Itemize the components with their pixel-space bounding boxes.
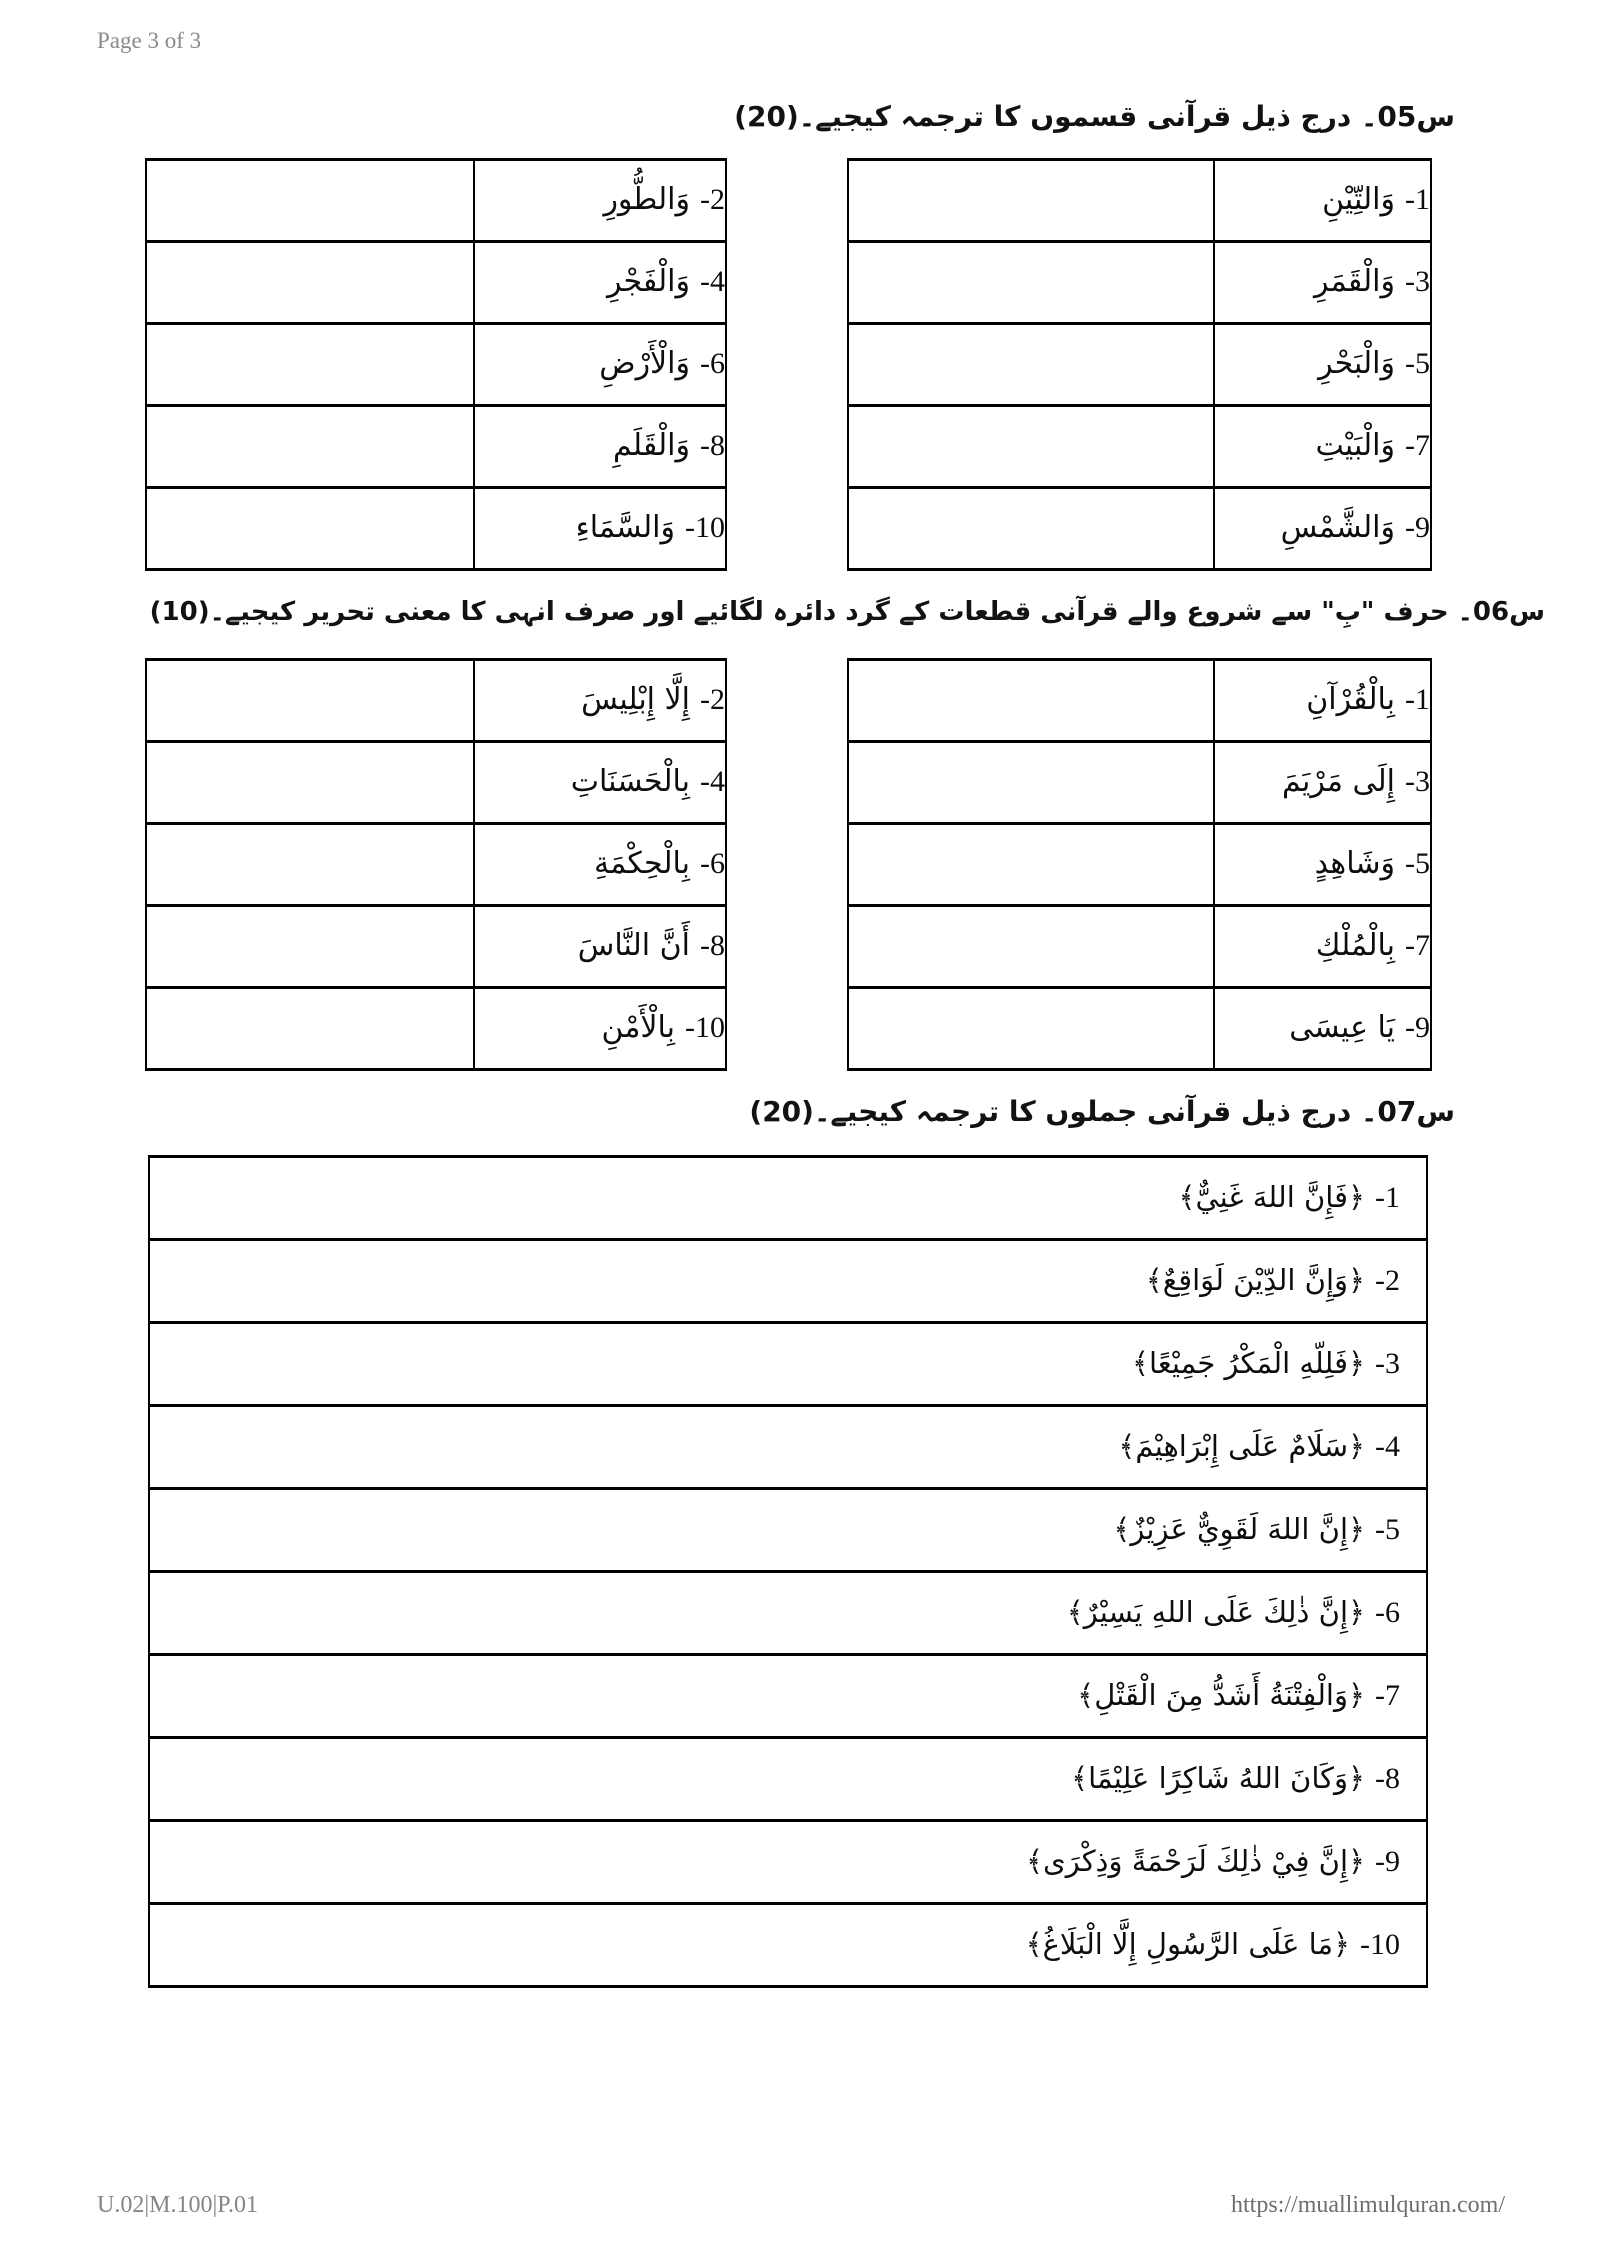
item-text: ﴿فَلِلّهِ الْمَكْرُ جَمِيْعًا﴾ xyxy=(1132,1346,1365,1380)
item-number: 7- xyxy=(1405,929,1430,962)
item-text: وَالْأَرْضِ xyxy=(599,346,690,381)
answer-cell xyxy=(848,242,1214,324)
answer-cell xyxy=(848,824,1214,906)
table-row: 2-وَالطُّورِ xyxy=(146,160,726,242)
item-text: يَا عِيسَى xyxy=(1289,1010,1395,1045)
item-number: 7- xyxy=(1405,429,1430,462)
answer-cell xyxy=(848,160,1214,242)
item-text: بِالْحِكْمَةِ xyxy=(594,846,690,881)
q6-tables: 1-بِالْقُرْآنِ 3-إِلَى مَرْيَمَ 5-وَشَاه… xyxy=(145,658,1432,1071)
prompt-cell: 10-بِالْأَمْنِ xyxy=(474,988,726,1070)
item-number: 4- xyxy=(1375,1430,1400,1463)
item-number: 5- xyxy=(1405,847,1430,880)
answer-cell xyxy=(146,160,474,242)
table-row: 6-﴿إِنَّ ذٰلِكَ عَلَى اللهِ يَسِيْرٌ﴾ xyxy=(149,1572,1427,1655)
table-row: 1-وَالتِّيْنِ xyxy=(848,160,1431,242)
question-7-heading: س07۔ درج ذیل قرآنی جملوں کا ترجمہ کیجیے۔… xyxy=(0,1091,1455,1133)
table-row: 7-وَالْبَيْتِ xyxy=(848,406,1431,488)
item-text: بِالْقُرْآنِ xyxy=(1306,682,1395,717)
prompt-cell: 2-وَالطُّورِ xyxy=(474,160,726,242)
sentence-cell: 6-﴿إِنَّ ذٰلِكَ عَلَى اللهِ يَسِيْرٌ﴾ xyxy=(149,1572,1427,1655)
table-row: 3-﴿فَلِلّهِ الْمَكْرُ جَمِيْعًا﴾ xyxy=(149,1323,1427,1406)
table-row: 2-إِلَّا إِبْلِيسَ xyxy=(146,660,726,742)
answer-cell xyxy=(146,488,474,570)
sentence-cell: 4-﴿سَلَامٌ عَلَى إِبْرَاهِيْمَ﴾ xyxy=(149,1406,1427,1489)
sentence-cell: 10-﴿مَا عَلَى الرَّسُولِ إِلَّا الْبَلَا… xyxy=(149,1904,1427,1987)
answer-cell xyxy=(848,406,1214,488)
sentence-cell: 3-﴿فَلِلّهِ الْمَكْرُ جَمِيْعًا﴾ xyxy=(149,1323,1427,1406)
table-row: 9-يَا عِيسَى xyxy=(848,988,1431,1070)
item-number: 6- xyxy=(700,347,725,380)
prompt-cell: 1-وَالتِّيْنِ xyxy=(1214,160,1431,242)
item-text: وَالْبَحْرِ xyxy=(1318,346,1395,381)
item-number: 6- xyxy=(700,847,725,880)
item-number: 7- xyxy=(1375,1679,1400,1712)
q6-table-odd: 1-بِالْقُرْآنِ 3-إِلَى مَرْيَمَ 5-وَشَاه… xyxy=(847,658,1432,1071)
q7-table: 1-﴿فَإِنَّ اللهَ غَنِيٌّ﴾ 2-﴿وَإِنَّ الد… xyxy=(148,1155,1428,1988)
prompt-cell: 8-وَالْقَلَمِ xyxy=(474,406,726,488)
item-number: 4- xyxy=(700,765,725,798)
table-row: 5-وَشَاهِدٍ xyxy=(848,824,1431,906)
item-number: 8- xyxy=(1375,1762,1400,1795)
item-text: أَنَّ النَّاسَ xyxy=(578,928,690,963)
item-text: وَالسَّمَاءِ xyxy=(576,510,675,545)
item-number: 1- xyxy=(1405,683,1430,716)
item-text: ﴿إِنَّ اللهَ لَقَوِيٌّ عَزِيْزٌ﴾ xyxy=(1113,1512,1365,1546)
prompt-cell: 3-إِلَى مَرْيَمَ xyxy=(1214,742,1431,824)
table-row: 10-بِالْأَمْنِ xyxy=(146,988,726,1070)
table-row: 9-وَالشَّمْسِ xyxy=(848,488,1431,570)
table-row: 9-﴿إِنَّ فِيْ ذٰلِكَ لَرَحْمَةً وَذِكْرَ… xyxy=(149,1821,1427,1904)
item-number: 2- xyxy=(700,183,725,216)
answer-cell xyxy=(146,906,474,988)
table-row: 7-﴿وَالْفِتْنَةُ أَشَدُّ مِنَ الْقَتْلِ﴾ xyxy=(149,1655,1427,1738)
item-text: ﴿وَإِنَّ الدِّيْنَ لَوَاقِعٌ﴾ xyxy=(1146,1263,1365,1297)
item-number: 2- xyxy=(700,683,725,716)
table-row: 6-وَالْأَرْضِ xyxy=(146,324,726,406)
item-text: وَالْقَلَمِ xyxy=(613,428,690,463)
answer-cell xyxy=(146,406,474,488)
table-row: 6-بِالْحِكْمَةِ xyxy=(146,824,726,906)
table-row: 2-﴿وَإِنَّ الدِّيْنَ لَوَاقِعٌ﴾ xyxy=(149,1240,1427,1323)
table-row: 1-﴿فَإِنَّ اللهَ غَنِيٌّ﴾ xyxy=(149,1157,1427,1240)
item-text: وَالتِّيْنِ xyxy=(1322,182,1395,217)
prompt-cell: 2-إِلَّا إِبْلِيسَ xyxy=(474,660,726,742)
item-number: 10- xyxy=(685,1011,725,1044)
item-text: إِلَى مَرْيَمَ xyxy=(1282,764,1395,799)
answer-cell xyxy=(848,988,1214,1070)
item-number: 3- xyxy=(1405,265,1430,298)
prompt-cell: 4-بِالْحَسَنَاتِ xyxy=(474,742,726,824)
item-number: 1- xyxy=(1405,183,1430,216)
item-number: 9- xyxy=(1405,1011,1430,1044)
item-number: 10- xyxy=(685,511,725,544)
item-text: وَالْبَيْتِ xyxy=(1315,428,1395,463)
question-5-heading: س05۔ درج ذیل قرآنی قسموں کا ترجمہ کیجیے۔… xyxy=(0,96,1455,138)
item-number: 10- xyxy=(1360,1928,1400,1961)
item-text: وَالْفَجْرِ xyxy=(607,264,690,299)
prompt-cell: 10-وَالسَّمَاءِ xyxy=(474,488,726,570)
table-row: 1-بِالْقُرْآنِ xyxy=(848,660,1431,742)
item-text: إِلَّا إِبْلِيسَ xyxy=(581,682,690,717)
prompt-cell: 8-أَنَّ النَّاسَ xyxy=(474,906,726,988)
prompt-cell: 6-وَالْأَرْضِ xyxy=(474,324,726,406)
page-number: Page 3 of 3 xyxy=(0,0,1600,54)
prompt-cell: 9-وَالشَّمْسِ xyxy=(1214,488,1431,570)
prompt-cell: 4-وَالْفَجْرِ xyxy=(474,242,726,324)
table-row: 3-وَالْقَمَرِ xyxy=(848,242,1431,324)
prompt-cell: 6-بِالْحِكْمَةِ xyxy=(474,824,726,906)
item-number: 3- xyxy=(1375,1347,1400,1380)
table-row: 3-إِلَى مَرْيَمَ xyxy=(848,742,1431,824)
sentence-cell: 1-﴿فَإِنَّ اللهَ غَنِيٌّ﴾ xyxy=(149,1157,1427,1240)
item-text: بِالْمُلْكِ xyxy=(1316,928,1395,963)
item-text: ﴿وَكَانَ اللهُ شَاكِرًا عَلِيْمًا﴾ xyxy=(1071,1761,1365,1795)
answer-cell xyxy=(848,742,1214,824)
item-text: بِالْحَسَنَاتِ xyxy=(571,764,690,799)
table-row: 5-﴿إِنَّ اللهَ لَقَوِيٌّ عَزِيْزٌ﴾ xyxy=(149,1489,1427,1572)
table-row: 10-﴿مَا عَلَى الرَّسُولِ إِلَّا الْبَلَا… xyxy=(149,1904,1427,1987)
answer-cell xyxy=(146,742,474,824)
prompt-cell: 7-وَالْبَيْتِ xyxy=(1214,406,1431,488)
item-number: 3- xyxy=(1405,765,1430,798)
item-number: 5- xyxy=(1405,347,1430,380)
item-text: وَالْقَمَرِ xyxy=(1314,264,1395,299)
prompt-cell: 5-وَشَاهِدٍ xyxy=(1214,824,1431,906)
answer-cell xyxy=(146,660,474,742)
sentence-cell: 7-﴿وَالْفِتْنَةُ أَشَدُّ مِنَ الْقَتْلِ﴾ xyxy=(149,1655,1427,1738)
table-row: 5-وَالْبَحْرِ xyxy=(848,324,1431,406)
table-row: 7-بِالْمُلْكِ xyxy=(848,906,1431,988)
item-number: 1- xyxy=(1375,1181,1400,1214)
prompt-cell: 3-وَالْقَمَرِ xyxy=(1214,242,1431,324)
answer-cell xyxy=(848,488,1214,570)
prompt-cell: 5-وَالْبَحْرِ xyxy=(1214,324,1431,406)
item-text: وَالشَّمْسِ xyxy=(1281,510,1395,545)
table-row: 8-﴿وَكَانَ اللهُ شَاكِرًا عَلِيْمًا﴾ xyxy=(149,1738,1427,1821)
answer-cell xyxy=(848,906,1214,988)
q6-table-even: 2-إِلَّا إِبْلِيسَ 4-بِالْحَسَنَاتِ 6-بِ… xyxy=(145,658,727,1071)
footer-url: https://muallimulquran.com/ xyxy=(1231,2192,1505,2219)
item-number: 9- xyxy=(1405,511,1430,544)
answer-cell xyxy=(146,324,474,406)
answer-cell xyxy=(146,988,474,1070)
table-row: 10-وَالسَّمَاءِ xyxy=(146,488,726,570)
footer-code: U.02|M.100|P.01 xyxy=(97,2192,258,2219)
q5-tables: 1-وَالتِّيْنِ 3-وَالْقَمَرِ 5-وَالْبَحْر… xyxy=(145,158,1432,571)
answer-cell xyxy=(848,660,1214,742)
item-text: بِالْأَمْنِ xyxy=(601,1010,675,1045)
item-text: ﴿مَا عَلَى الرَّسُولِ إِلَّا الْبَلَاغُ﴾ xyxy=(1026,1927,1350,1961)
table-row: 4-وَالْفَجْرِ xyxy=(146,242,726,324)
sentence-cell: 8-﴿وَكَانَ اللهُ شَاكِرًا عَلِيْمًا﴾ xyxy=(149,1738,1427,1821)
item-number: 8- xyxy=(700,429,725,462)
q5-table-even: 2-وَالطُّورِ 4-وَالْفَجْرِ 6-وَالْأَرْضِ… xyxy=(145,158,727,571)
sentence-cell: 9-﴿إِنَّ فِيْ ذٰلِكَ لَرَحْمَةً وَذِكْرَ… xyxy=(149,1821,1427,1904)
sentence-cell: 2-﴿وَإِنَّ الدِّيْنَ لَوَاقِعٌ﴾ xyxy=(149,1240,1427,1323)
page-footer: U.02|M.100|P.01 https://muallimulquran.c… xyxy=(97,2192,1505,2219)
item-text: ﴿إِنَّ فِيْ ذٰلِكَ لَرَحْمَةً وَذِكْرَى﴾ xyxy=(1026,1844,1365,1878)
table-row: 8-أَنَّ النَّاسَ xyxy=(146,906,726,988)
exam-page: Page 3 of 3 س05۔ درج ذیل قرآنی قسموں کا … xyxy=(0,0,1600,2263)
table-row: 4-بِالْحَسَنَاتِ xyxy=(146,742,726,824)
table-row: 4-﴿سَلَامٌ عَلَى إِبْرَاهِيْمَ﴾ xyxy=(149,1406,1427,1489)
item-number: 9- xyxy=(1375,1845,1400,1878)
item-number: 2- xyxy=(1375,1264,1400,1297)
item-number: 8- xyxy=(700,929,725,962)
item-number: 5- xyxy=(1375,1513,1400,1546)
item-number: 4- xyxy=(700,265,725,298)
item-text: ﴿وَالْفِتْنَةُ أَشَدُّ مِنَ الْقَتْلِ﴾ xyxy=(1077,1678,1365,1712)
table-row: 8-وَالْقَلَمِ xyxy=(146,406,726,488)
item-number: 6- xyxy=(1375,1596,1400,1629)
answer-cell xyxy=(848,324,1214,406)
item-text: وَشَاهِدٍ xyxy=(1315,846,1395,881)
item-text: ﴿إِنَّ ذٰلِكَ عَلَى اللهِ يَسِيْرٌ﴾ xyxy=(1067,1595,1365,1629)
prompt-cell: 1-بِالْقُرْآنِ xyxy=(1214,660,1431,742)
sentence-cell: 5-﴿إِنَّ اللهَ لَقَوِيٌّ عَزِيْزٌ﴾ xyxy=(149,1489,1427,1572)
q5-table-odd: 1-وَالتِّيْنِ 3-وَالْقَمَرِ 5-وَالْبَحْر… xyxy=(847,158,1432,571)
item-text: ﴿سَلَامٌ عَلَى إِبْرَاهِيْمَ﴾ xyxy=(1118,1429,1365,1463)
prompt-cell: 7-بِالْمُلْكِ xyxy=(1214,906,1431,988)
item-text: ﴿فَإِنَّ اللهَ غَنِيٌّ﴾ xyxy=(1178,1180,1365,1214)
question-6-heading: س06۔ حرف "بِ" سے شروع والے قرآنی قطعات ک… xyxy=(0,593,1545,632)
answer-cell xyxy=(146,242,474,324)
answer-cell xyxy=(146,824,474,906)
prompt-cell: 9-يَا عِيسَى xyxy=(1214,988,1431,1070)
item-text: وَالطُّورِ xyxy=(603,182,690,217)
